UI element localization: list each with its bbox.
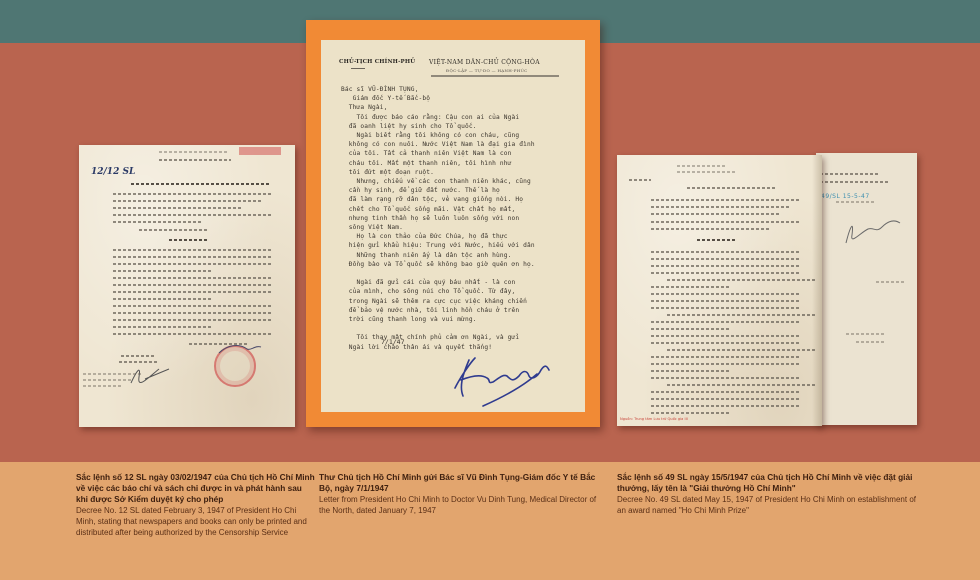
typed-text-line [651,228,771,230]
signature-icon [441,340,571,410]
typed-text-line [113,277,273,279]
letter-frame: CHỦ-TỊCH CHÍNH-PHỦ VIỆT-NAM DÂN-CHỦ CỘNG… [306,20,600,427]
typed-text-line [113,249,273,251]
typed-text-line [651,307,801,309]
typed-text-line [651,286,731,288]
letterhead-motto: ĐỘC-LẬP — TỰ-DO — HẠNH-PHÚC [446,68,528,73]
typed-text-line [113,207,243,209]
typed-text-line [113,221,203,223]
typed-text-line [113,298,213,300]
typed-text-line [83,385,123,387]
typed-text-line [159,151,229,153]
typed-text-line [651,412,731,414]
caption-english: Decree No. 12 SL dated February 3, 1947 … [76,505,316,538]
typed-text-line [876,281,906,283]
typed-text-line [667,279,817,281]
typed-text-line [667,384,817,386]
typed-text-line [651,377,801,379]
caption-decree-49: Sắc lệnh số 49 SL ngày 15/5/1947 của Chủ… [617,472,922,516]
typed-text-line [651,221,801,223]
typed-text-line [651,272,801,274]
typed-text-line [113,263,273,265]
typed-text-line [83,373,143,375]
letter-document: CHỦ-TỊCH CHÍNH-PHỦ VIỆT-NAM DÂN-CHỦ CỘNG… [321,40,585,412]
typed-text-line [651,206,791,208]
typed-text-line [846,333,886,335]
typed-text-line [113,193,273,195]
caption-vietnamese: Sắc lệnh số 12 SL ngày 03/02/1947 của Ch… [76,472,316,505]
typed-text-line [836,201,876,203]
typed-text-line [651,258,801,260]
photo-credit: Nguồn: Trung tâm Lưu trữ Quốc gia III [620,417,688,421]
typed-text-line [113,326,213,328]
letter-body: Bác sĩ VŨ-ĐÌNH TỤNG, Giám đốc Y-tế Bắc-b… [341,85,573,352]
typed-text-line [651,342,801,344]
caption-vietnamese: Sắc lệnh số 49 SL ngày 15/5/1947 của Chủ… [617,472,922,494]
typed-text-line [677,165,727,167]
typed-text-line [113,319,273,321]
typed-text-line [820,181,890,183]
typed-text-line [687,187,777,189]
typed-text-line [651,199,801,201]
typed-text-line [651,363,801,365]
typed-text-line [113,256,273,258]
typed-text-line [113,291,273,293]
caption-english: Decree No. 49 SL dated May 15, 1947 of P… [617,494,922,516]
caption-english: Letter from President Ho Chi Minh to Doc… [319,494,609,516]
typed-text-line [169,239,209,241]
typed-text-line [651,213,781,215]
typed-text-line [651,328,731,330]
typed-text-line [651,251,801,253]
typed-text-line [113,312,273,314]
typed-text-line [113,305,273,307]
typed-text-line [651,356,801,358]
typed-text-line [121,355,155,357]
decree-49-page-1: Nguồn: Trung tâm Lưu trữ Quốc gia III [617,155,822,426]
typed-text-line [651,293,801,295]
letterhead-right: VIỆT-NAM DÂN-CHỦ CỘNG-HÒA [429,59,540,66]
typed-text-line [113,214,273,216]
decree-12-document: 12/12 SL [79,145,295,427]
caption-decree-12: Sắc lệnh số 12 SL ngày 03/02/1947 của Ch… [76,472,316,538]
typed-text-line [139,229,209,231]
typed-text-line [651,370,731,372]
typed-text-line [629,179,651,181]
typed-text-line [697,239,737,241]
typed-text-line [651,398,801,400]
typed-text-line [667,349,817,351]
typed-text-line [131,183,271,185]
decree-49-page-2: 49/SL 15-5-47 [816,153,917,425]
typed-text-line [119,361,159,363]
decree-49-signature [816,153,917,425]
typed-text-line [113,270,213,272]
typed-text-line [651,265,801,267]
caption-letter: Thư Chủ tịch Hồ Chí Minh gửi Bác sĩ Vũ Đ… [319,472,609,516]
typed-text-line [677,171,737,173]
typed-text-line [83,379,133,381]
typed-text-line [667,314,817,316]
typed-text-line [189,343,249,345]
typed-text-line [651,335,801,337]
typed-text-line [651,321,801,323]
caption-vietnamese: Thư Chủ tịch Hồ Chí Minh gửi Bác sĩ Vũ Đ… [319,472,609,494]
letterhead-underline [351,68,365,69]
typed-text-line [651,391,801,393]
letter-date: 7/1/47 [381,338,404,346]
typed-text-line [159,159,231,161]
typed-text-line [113,333,273,335]
letterhead-left: CHỦ-TỊCH CHÍNH-PHỦ [339,59,415,65]
typed-text-line [856,341,886,343]
typed-text-line [820,173,880,175]
typed-text-line [651,300,801,302]
typed-text-line [113,284,273,286]
typed-text-line [113,200,263,202]
typed-text-line [651,405,801,407]
letterhead-rule [431,75,559,77]
